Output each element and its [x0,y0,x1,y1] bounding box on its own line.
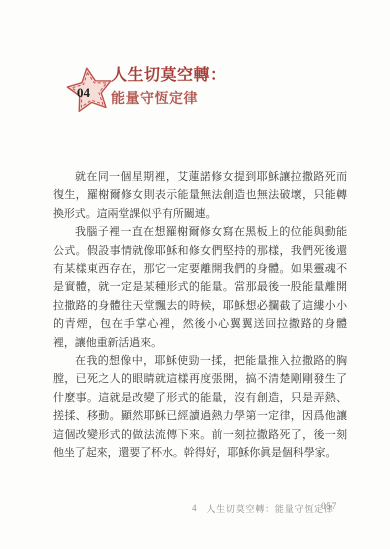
book-page: 04 人生切莫空轉： 能量守恆定律 就在同一個星期裡，艾蓮諾修女提到耶穌讓拉撒路… [0,0,390,549]
chapter-number: 04 [77,85,91,100]
chapter-title-sub: 能量守恆定律 [111,89,227,107]
paragraph: 就在同一個星期裡，艾蓮諾修女提到耶穌讓拉撒路死而復生，羅榭爾修女則表示能量無法創… [53,168,347,223]
footer-chapter-number: 4 [192,503,197,513]
chapter-number-badge: 04 [64,66,116,116]
chapter-header: 04 人生切莫空轉： 能量守恆定律 [64,62,227,116]
body-text: 就在同一個星期裡，艾蓮諾修女提到耶穌讓拉撒路死而復生，羅榭爾修女則表示能量無法創… [53,168,347,463]
chapter-title-block: 人生切莫空轉： 能量守恆定律 [111,62,227,107]
footer-page-number: 057 [321,501,337,511]
footer-chapter-title: 人生切莫空轉：能量守恆定律 [206,502,333,515]
paragraph: 在我的想像中，耶穌使勁一揉，把能量推入拉撒路的胸膛，已死之人的眼睛就這樣再度張開… [53,352,347,462]
star-icon: 04 [64,66,116,116]
chapter-title-main: 人生切莫空轉： [111,66,227,86]
page-footer: 4 人生切莫空轉：能量守恆定律 057 [53,501,337,515]
paragraph: 我腦子裡一直在想羅榭爾修女寫在黑板上的位能與動能公式。假設事情就像耶穌和修女們堅… [53,223,347,352]
